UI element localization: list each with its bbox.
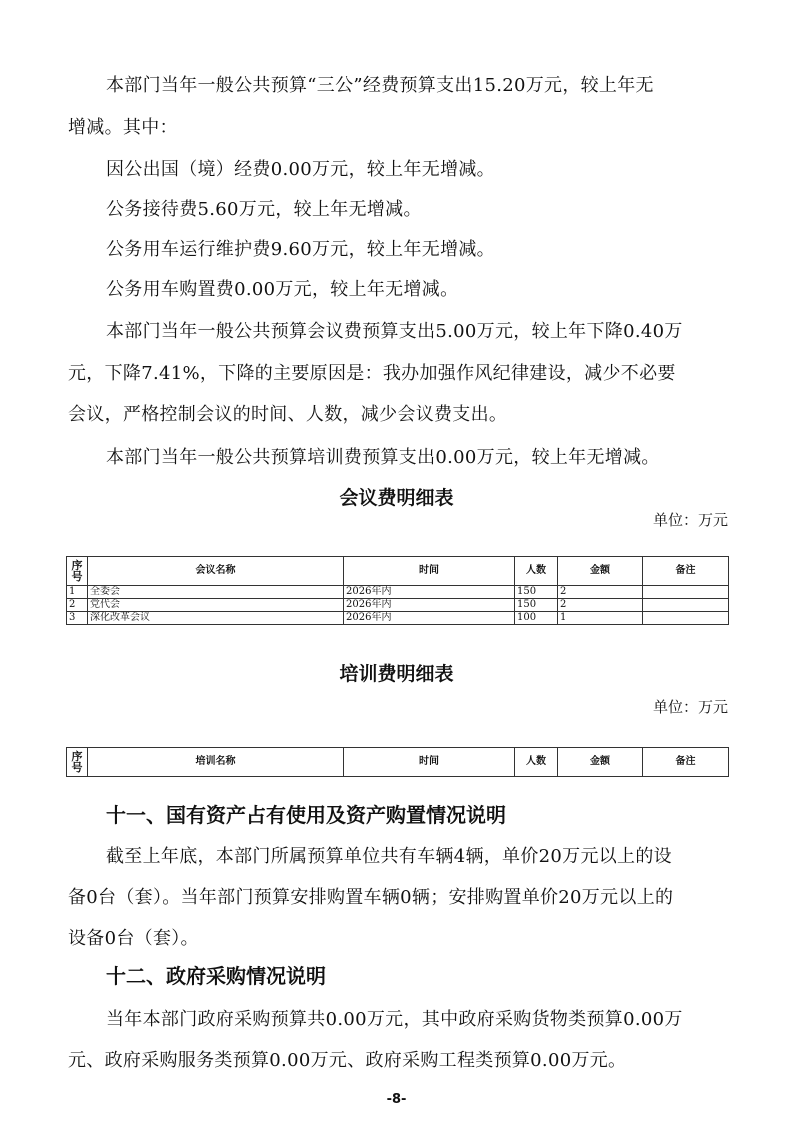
meeting-line-3: 会议，严格控制会议的时间、人数，减少会议费支出。 xyxy=(68,404,507,426)
sanggong-vehicle-purchase: 公务用车购置费0.00万元，较上年无增减。 xyxy=(106,279,458,301)
cell-name: 党代会 xyxy=(88,599,344,612)
sanggong-reception: 公务接待费5.60万元，较上年无增减。 xyxy=(106,199,422,221)
header-people: 人数 xyxy=(515,748,558,777)
cell-time: 2026年内 xyxy=(344,612,515,625)
training-table-unit: 单位：万元 xyxy=(653,697,728,717)
header-remark: 备注 xyxy=(643,557,729,586)
header-amount: 金额 xyxy=(558,748,643,777)
meeting-line-2: 元，下降7.41%，下降的主要原因是：我办加强作风纪律建设，减少不必要 xyxy=(68,363,676,385)
section-11-line-3: 设备0台（套）。 xyxy=(68,928,199,950)
cell-time: 2026年内 xyxy=(344,599,515,612)
cell-remark xyxy=(643,586,729,599)
training-table-title: 培训费明细表 xyxy=(0,662,793,686)
cell-amount: 1 xyxy=(558,612,643,625)
cell-people: 100 xyxy=(515,612,558,625)
training-line: 本部门当年一般公共预算培训费预算支出0.00万元，较上年无增减。 xyxy=(106,447,660,469)
header-amount: 金额 xyxy=(558,557,643,586)
table-row: 1 全委会 2026年内 150 2 xyxy=(67,586,729,599)
page-number: -8- xyxy=(0,1092,793,1107)
meeting-table-header: 序号 会议名称 时间 人数 金额 备注 xyxy=(67,557,729,586)
header-meeting-name: 会议名称 xyxy=(88,557,344,586)
section-11-line-2: 备0台（套）。当年部门预算安排购置车辆0辆；安排购置单价20万元以上的 xyxy=(68,887,673,909)
cell-name: 深化改革会议 xyxy=(88,612,344,625)
cell-people: 150 xyxy=(515,599,558,612)
section-11-line-1: 截至上年底，本部门所属预算单位共有车辆4辆，单价20万元以上的设 xyxy=(106,846,672,868)
sanggong-line-1: 本部门当年一般公共预算“三公”经费预算支出15.20万元，较上年无 xyxy=(106,75,654,97)
header-time: 时间 xyxy=(344,748,515,777)
header-seq: 序号 xyxy=(67,748,88,777)
header-seq: 序号 xyxy=(67,557,88,586)
meeting-table-title: 会议费明细表 xyxy=(0,486,793,510)
cell-people: 150 xyxy=(515,586,558,599)
header-training-name: 培训名称 xyxy=(88,748,344,777)
sanggong-vehicle-operation: 公务用车运行维护费9.60万元，较上年无增减。 xyxy=(106,239,495,261)
training-table-header: 序号 培训名称 时间 人数 金额 备注 xyxy=(67,748,729,777)
cell-name: 全委会 xyxy=(88,586,344,599)
meeting-table: 序号 会议名称 时间 人数 金额 备注 1 全委会 2026年内 150 2 2… xyxy=(66,556,729,625)
meeting-table-unit: 单位：万元 xyxy=(653,510,728,530)
header-remark: 备注 xyxy=(643,748,729,777)
header-people: 人数 xyxy=(515,557,558,586)
cell-seq: 1 xyxy=(67,586,88,599)
cell-seq: 2 xyxy=(67,599,88,612)
section-12-line-2: 元、政府采购服务类预算0.00万元、政府采购工程类预算0.00万元。 xyxy=(68,1050,626,1072)
cell-seq: 3 xyxy=(67,612,88,625)
cell-amount: 2 xyxy=(558,599,643,612)
table-row: 2 党代会 2026年内 150 2 xyxy=(67,599,729,612)
cell-remark xyxy=(643,612,729,625)
meeting-line-1: 本部门当年一般公共预算会议费预算支出5.00万元，较上年下降0.40万 xyxy=(106,321,683,343)
header-time: 时间 xyxy=(344,557,515,586)
training-table: 序号 培训名称 时间 人数 金额 备注 xyxy=(66,747,729,777)
section-11-heading: 十一、国有资产占有使用及资产购置情况说明 xyxy=(106,803,506,827)
cell-time: 2026年内 xyxy=(344,586,515,599)
cell-amount: 2 xyxy=(558,586,643,599)
cell-remark xyxy=(643,599,729,612)
section-12-heading: 十二、政府采购情况说明 xyxy=(106,964,326,988)
table-row: 3 深化改革会议 2026年内 100 1 xyxy=(67,612,729,625)
sanggong-abroad: 因公出国（境）经费0.00万元，较上年无增减。 xyxy=(106,159,495,181)
section-12-line-1: 当年本部门政府采购预算共0.00万元，其中政府采购货物类预算0.00万 xyxy=(106,1009,683,1031)
sanggong-line-2: 增减。其中： xyxy=(68,117,178,139)
